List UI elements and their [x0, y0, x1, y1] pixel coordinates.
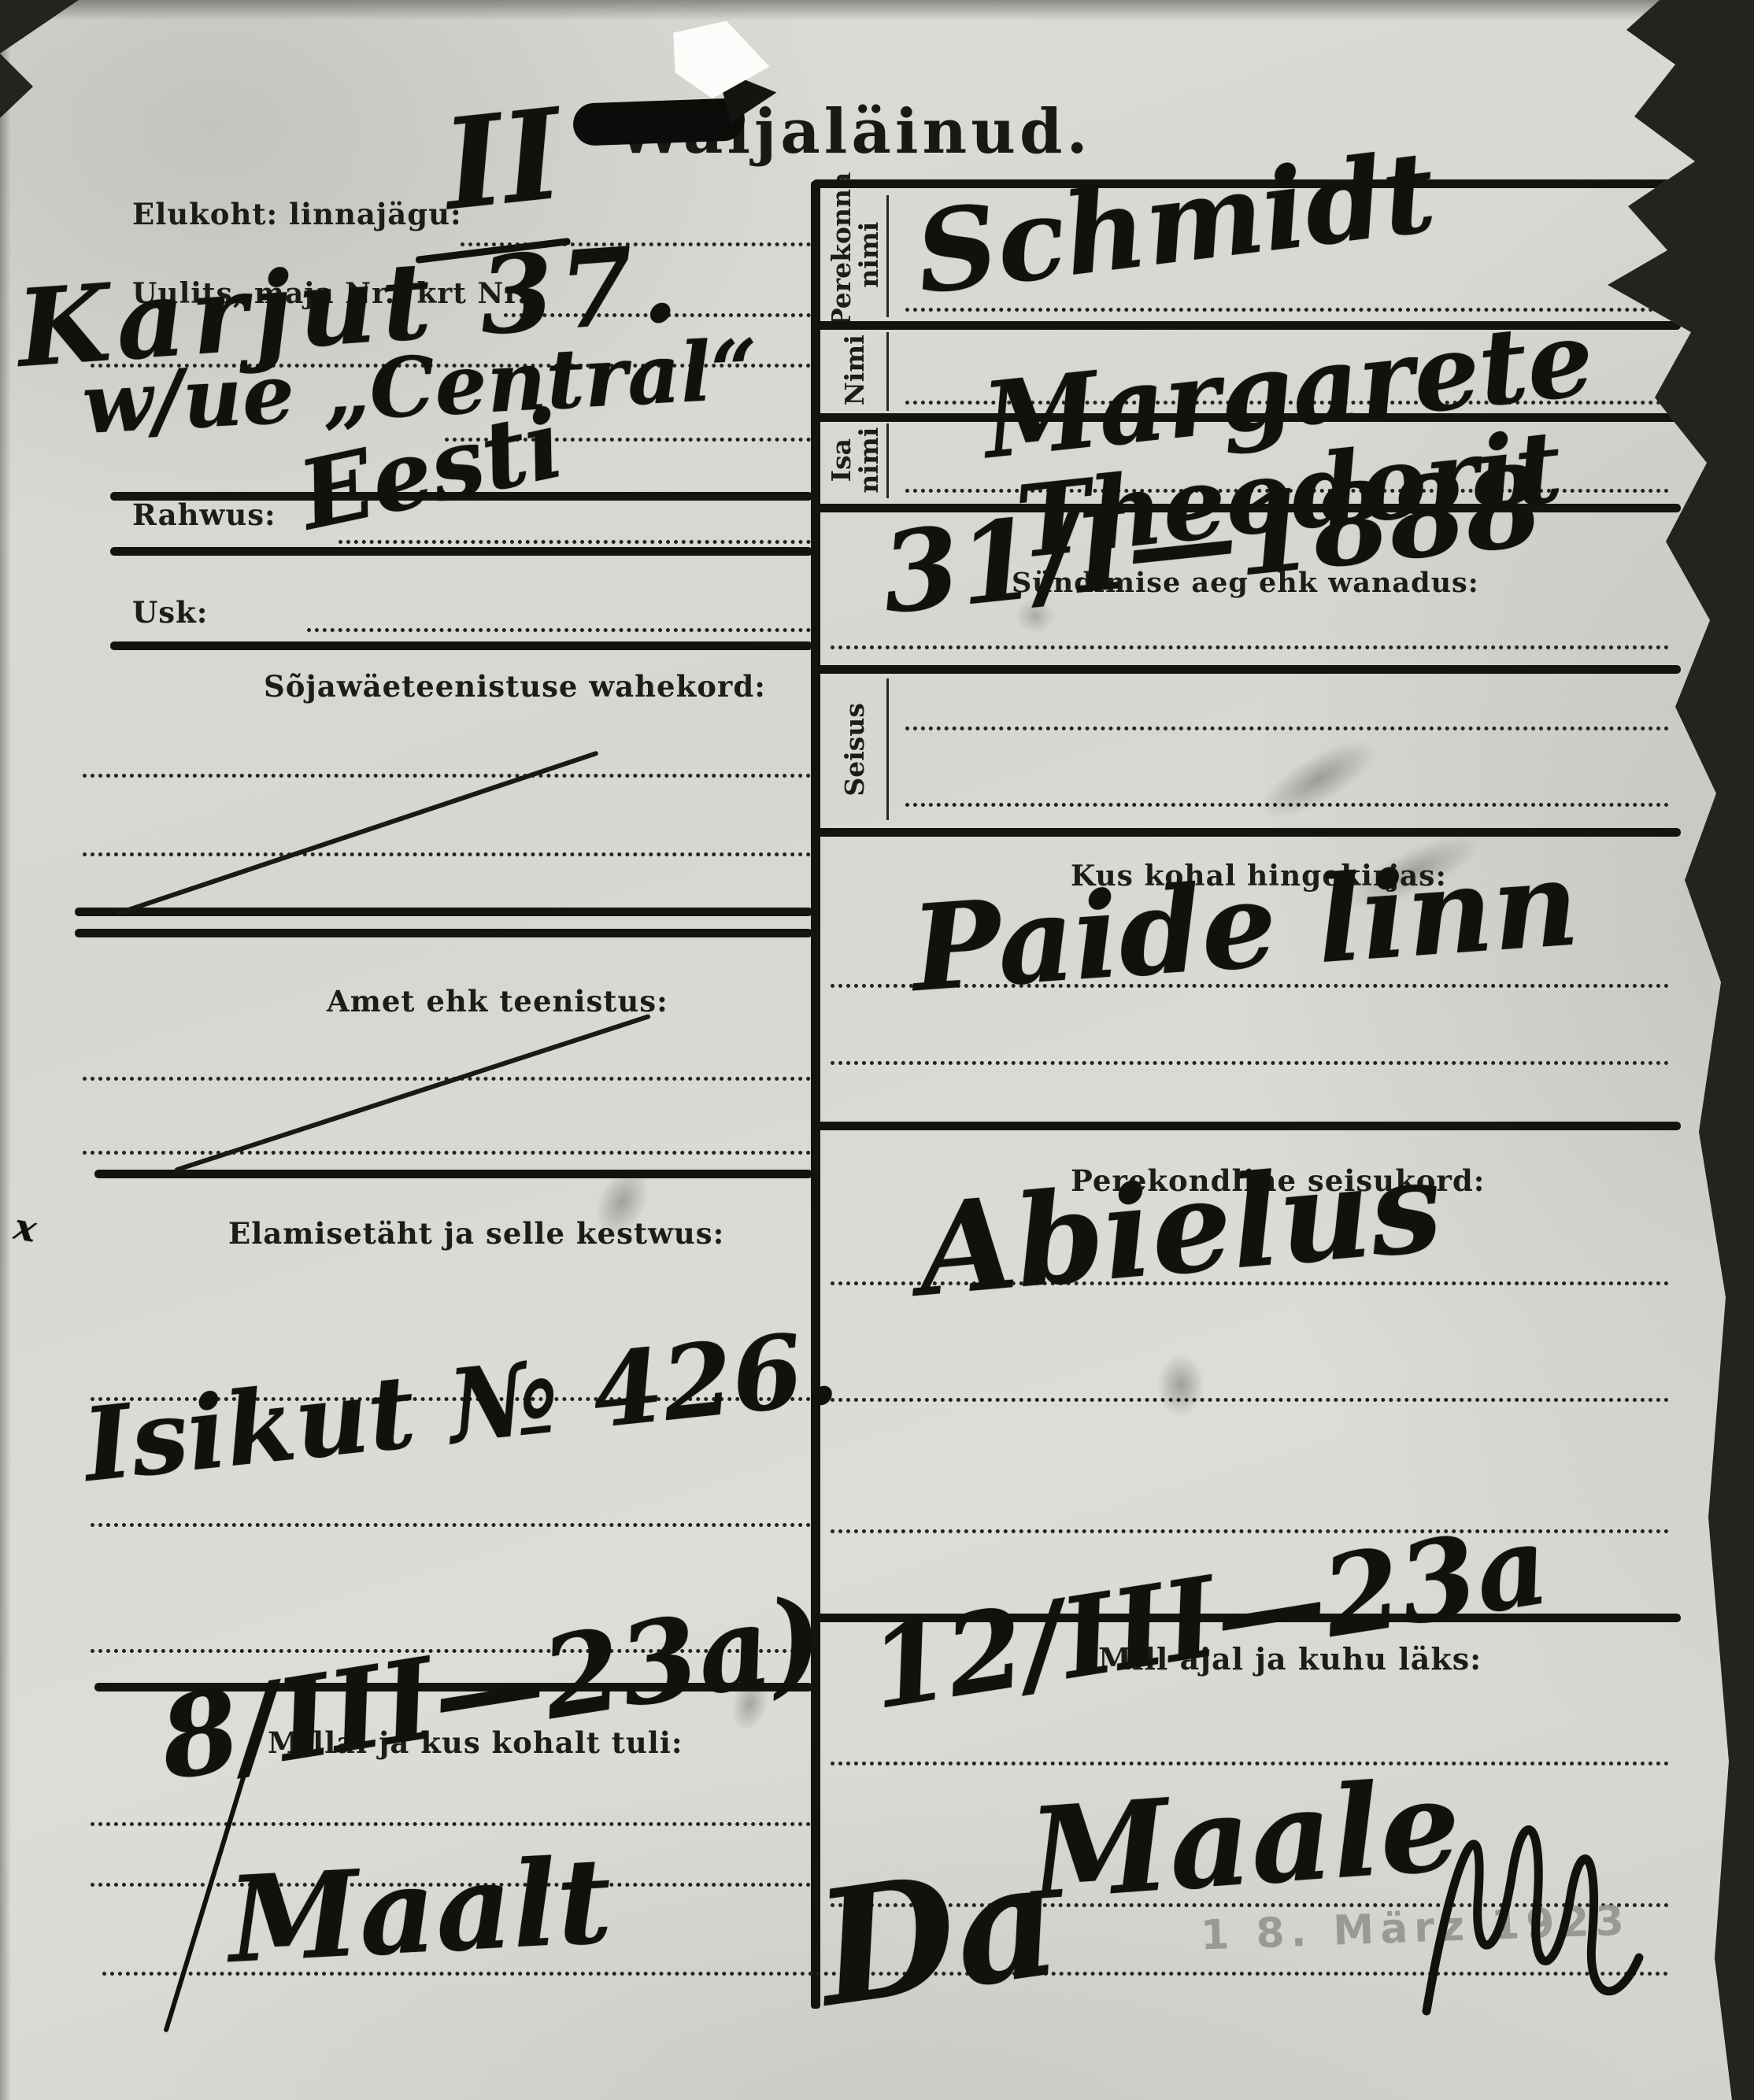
marital-handwritten: Abielus — [912, 1132, 1448, 1325]
fathername-label: Isa nimi — [827, 423, 882, 498]
status-label-wrap: Seisus — [817, 673, 893, 826]
registered-handwritten: Paide linn — [908, 834, 1583, 1019]
surname-label-wrap: Perekonna nimi — [817, 189, 893, 321]
birth-field-line — [831, 645, 1669, 649]
rule — [110, 641, 812, 650]
nationality-label: Rahwus: — [132, 497, 276, 532]
marital-field-line3 — [831, 1529, 1669, 1533]
column-divider — [811, 181, 820, 2009]
status-field-line — [905, 726, 1669, 730]
military-field-line — [83, 774, 811, 778]
rule — [75, 929, 812, 937]
paper-stain — [1157, 1354, 1204, 1417]
marital-field-line2 — [831, 1398, 1669, 1402]
permit-label: Elamisetäht ja selle kestwus: — [228, 1216, 724, 1251]
permit-handwritten: Isikut № 426. — [78, 1308, 843, 1505]
religion-label: Usk: — [132, 595, 208, 630]
scanned-card: Wäljaläinud. Elukoht: linnajägu: II Uuli… — [0, 0, 1754, 2100]
status-label: Seisus — [842, 703, 869, 797]
inner-line — [886, 678, 889, 820]
departure-place-handwritten: Maale — [1025, 1751, 1465, 1928]
strike-mark — [174, 1014, 651, 1173]
surname-label: Perekonna nimi — [827, 183, 882, 328]
departure-date-handwritten: 12/III—23a — [861, 1500, 1556, 1735]
paper-sheet: Wäljaläinud. Elukoht: linnajägu: II Uuli… — [0, 0, 1754, 2100]
occupation-label: Amet ehk teenistus: — [327, 984, 668, 1019]
paper-stain — [1249, 726, 1388, 834]
signature-flourish — [1409, 1775, 1653, 2035]
military-label: Sõjawäeteenistuse wahekord: — [264, 669, 766, 704]
registered-field-line2 — [831, 1061, 1669, 1065]
nationality-field-line — [339, 540, 811, 544]
left-edge-shading — [0, 0, 11, 2100]
inner-line — [886, 195, 889, 317]
fathername-label-wrap: Isa nimi — [817, 419, 893, 502]
inner-line — [886, 423, 889, 498]
rule — [812, 665, 1681, 674]
residence-label: Elukoht: linnajägu: — [132, 197, 462, 231]
rule — [94, 1170, 812, 1178]
arrival-place-handwritten: Maalt — [225, 1832, 615, 1990]
status-field-line2 — [905, 803, 1669, 807]
arrival-date-handwritten: 8/III—23a) — [151, 1572, 831, 1806]
inner-line — [886, 332, 889, 411]
residence-handwritten: II — [438, 82, 568, 238]
firstname-label: Nimi — [842, 335, 869, 405]
rule — [812, 1122, 1681, 1130]
top-edge-shading — [0, 0, 1754, 20]
religion-field-line — [307, 628, 811, 632]
rule — [75, 908, 812, 916]
margin-mark: x — [11, 1205, 39, 1251]
military-field-line2 — [83, 852, 811, 856]
occupation-field-line2 — [83, 1151, 811, 1155]
ink-blot — [572, 98, 746, 146]
arrival-field-line — [91, 1822, 811, 1826]
bottom-note-handwritten: Da — [807, 1826, 1069, 2043]
rule — [110, 547, 812, 556]
permit-field-line2 — [91, 1523, 811, 1527]
firstname-label-wrap: Nimi — [817, 327, 893, 413]
